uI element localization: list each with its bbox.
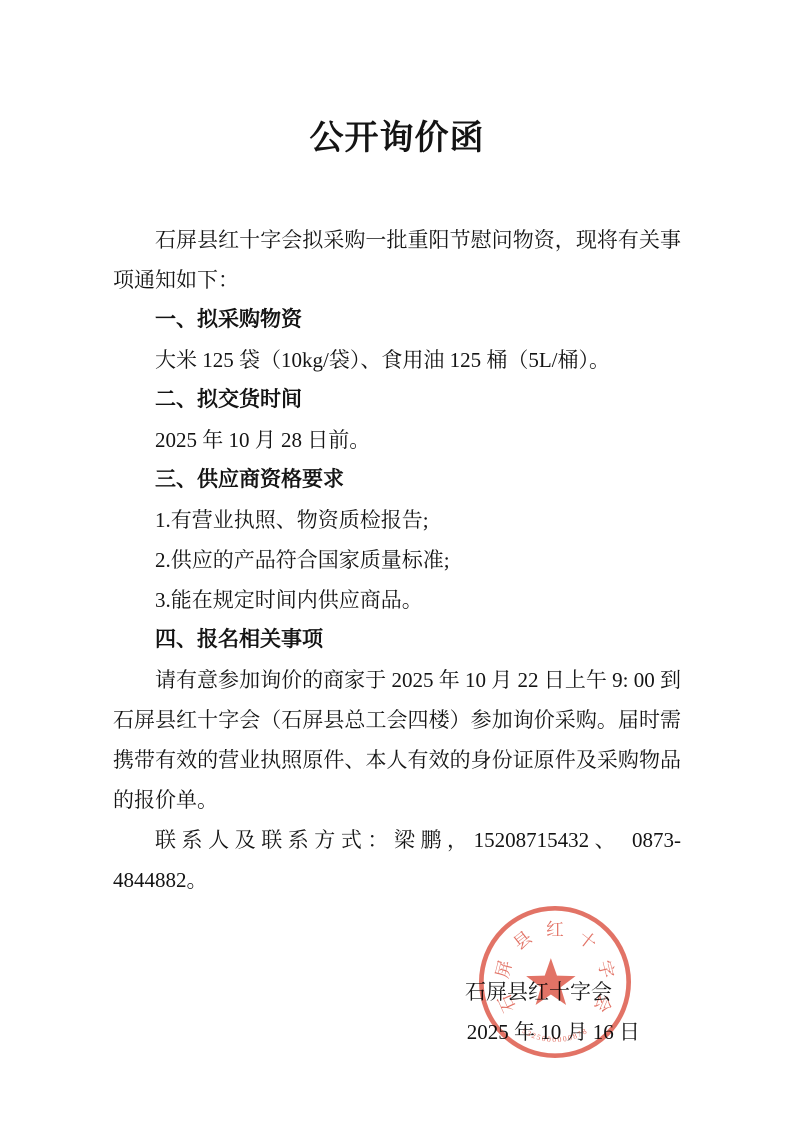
document-body: 石屏县红十字会拟采购一批重阳节慰问物资，现将有关事项通知如下： 一、拟采购物资大… — [113, 220, 681, 1052]
section-paragraph: 大米 125 袋（10kg/袋）、食用油 125 桶（5L/桶）。 — [113, 340, 681, 380]
section-paragraph: 2.供应的产品符合国家质量标准; — [113, 540, 681, 580]
section-heading: 一、拟采购物资 — [113, 300, 681, 340]
intro-paragraph: 石屏县红十字会拟采购一批重阳节慰问物资，现将有关事项通知如下： — [113, 220, 681, 300]
section-paragraph: 1.有营业执照、物资质检报告; — [113, 500, 681, 540]
sections: 一、拟采购物资大米 125 袋（10kg/袋）、食用油 125 桶（5L/桶）。… — [113, 300, 681, 820]
section-paragraph: 2025 年 10 月 28 日前。 — [113, 420, 681, 460]
signature-date: 2025 年 10 月 16 日 — [113, 1012, 681, 1052]
document-page: 公开询价函 石屏县红十字会拟采购一批重阳节慰问物资，现将有关事项通知如下： 一、… — [0, 0, 794, 1122]
document-content: 公开询价函 石屏县红十字会拟采购一批重阳节慰问物资，现将有关事项通知如下： 一、… — [113, 0, 681, 1052]
section-paragraph: 3.能在规定时间内供应商品。 — [113, 580, 681, 620]
signature-org: 石屏县红十字会 — [113, 972, 681, 1012]
section-heading: 四、报名相关事项 — [113, 620, 681, 660]
signature-block: 石屏县红十字会 2025 年 10 月 16 日 — [113, 972, 681, 1052]
contact-line: 联系人及联系方式：梁鹏，15208715432、 0873- 4844882。 — [113, 820, 681, 900]
section-heading: 三、供应商资格要求 — [113, 460, 681, 500]
section-heading: 二、拟交货时间 — [113, 380, 681, 420]
document-title: 公开询价函 — [113, 118, 681, 160]
section-paragraph: 请有意参加询价的商家于 2025 年 10 月 22 日上午 9: 00 到石屏… — [113, 660, 681, 820]
